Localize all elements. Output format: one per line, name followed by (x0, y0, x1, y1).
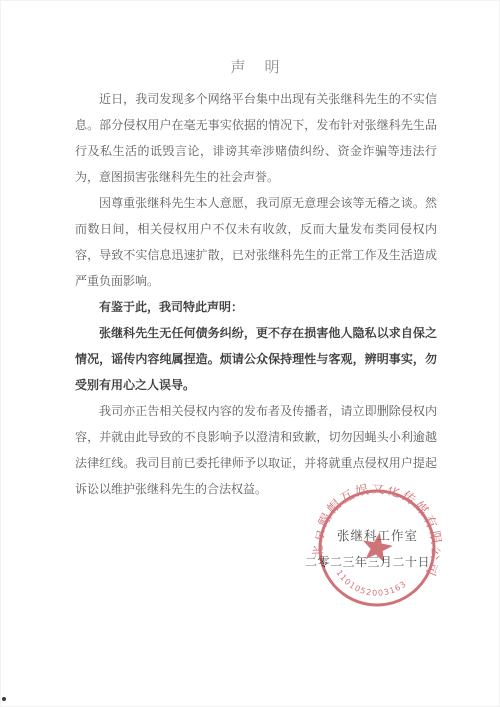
paragraph-1: 近日，我司发现多个网络平台集中出现有关张继科先生的不实信息。部分侵权用户在毫无事… (75, 86, 437, 190)
statement-document-page: 声 明 近日，我司发现多个网络平台集中出现有关张继科先生的不实信息。部分侵权用户… (0, 0, 500, 707)
paragraph-4-declaration: 张继科先生无任何债务纠纷，更不存在损害他人隐私以求自保之情况，谣传内容纯属捏造。… (75, 320, 437, 398)
signature-date: 二零二三年三月二十日 (305, 553, 430, 571)
paragraph-2: 因尊重张继科先生本人意愿，我司原无意理会该等无稽之谈。然而数日间，相关侵权用户不… (75, 190, 437, 294)
signature-block: 张继科工作室 二零二三年三月二十日 (305, 527, 430, 571)
document-title: 声 明 (75, 58, 437, 78)
document-body: 声 明 近日，我司发现多个网络平台集中出现有关张继科先生的不实信息。部分侵权用户… (75, 58, 437, 502)
paragraph-3-declaration-lead: 有鉴于此，我司特此声明： (75, 294, 437, 320)
paragraph-5: 我司亦正告相关侵权内容的发布者及传播者，请立即删除侵权内容，并就由此导致的不良影… (75, 398, 437, 502)
scan-artifact-dot (2, 697, 6, 701)
seal-number-text: 1101052003163 (331, 567, 409, 603)
signature-studio-name: 张继科工作室 (305, 527, 418, 545)
